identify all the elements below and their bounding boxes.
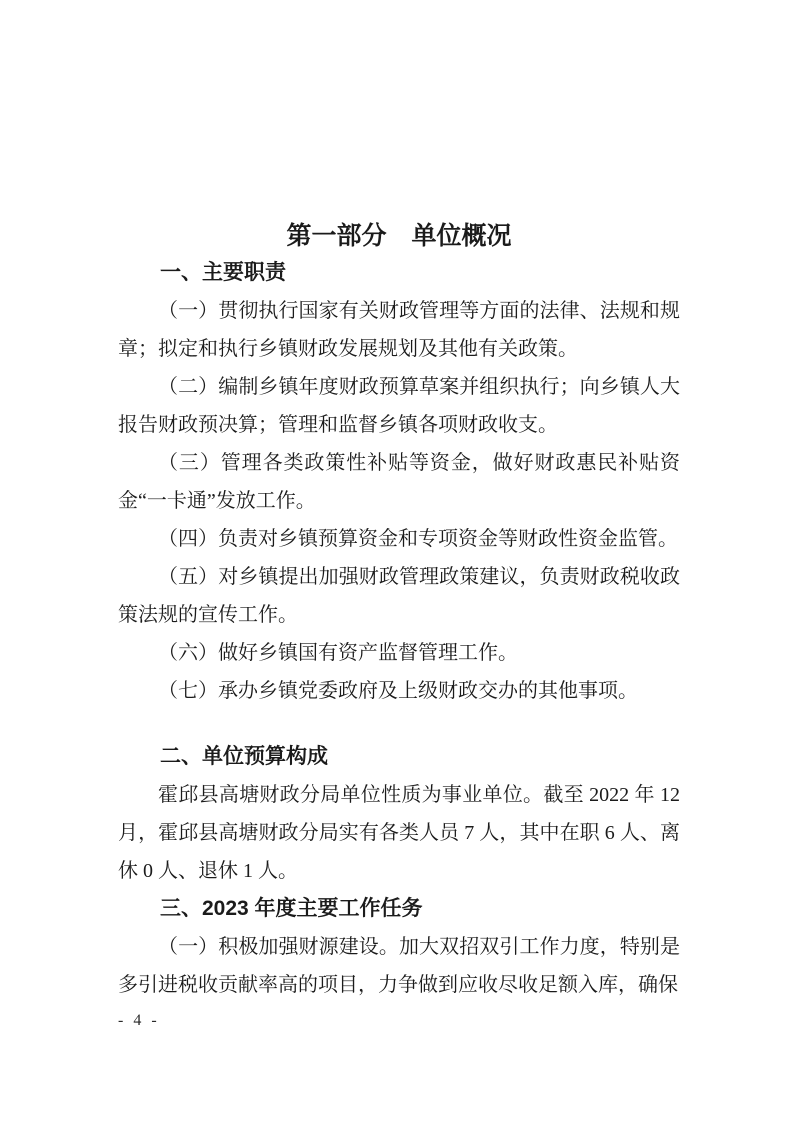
part-title: 第一部分 单位概况	[118, 218, 680, 254]
section-heading-main-duties: 一、主要职责	[118, 254, 680, 292]
paragraph-budget-composition: 霍邱县高塘财政分局单位性质为事业单位。截至 2022 年 12 月，霍邱县高塘财…	[118, 776, 680, 890]
page-number: - 4 -	[118, 1010, 160, 1032]
page-content: 第一部分 单位概况 一、主要职责 （一）贯彻执行国家有关财政管理等方面的法律、法…	[118, 218, 680, 1004]
paragraph-duty-7: （七）承办乡镇党委政府及上级财政交办的其他事项。	[118, 672, 680, 710]
blank-line-spacer	[118, 710, 680, 738]
section-heading-2023-tasks: 三、2023 年度主要工作任务	[118, 890, 680, 928]
paragraph-task-1: （一）积极加强财源建设。加大双招双引工作力度，特别是多引进税收贡献率高的项目，力…	[118, 928, 680, 1004]
document-page: 第一部分 单位概况 一、主要职责 （一）贯彻执行国家有关财政管理等方面的法律、法…	[0, 0, 793, 1122]
paragraph-duty-3: （三）管理各类政策性补贴等资金，做好财政惠民补贴资金“一卡通”发放工作。	[118, 444, 680, 520]
section-heading-budget-composition: 二、单位预算构成	[118, 738, 680, 776]
paragraph-duty-6: （六）做好乡镇国有资产监督管理工作。	[118, 634, 680, 672]
paragraph-duty-2: （二）编制乡镇年度财政预算草案并组织执行；向乡镇人大报告财政预决算；管理和监督乡…	[118, 368, 680, 444]
paragraph-duty-1: （一）贯彻执行国家有关财政管理等方面的法律、法规和规章；拟定和执行乡镇财政发展规…	[118, 292, 680, 368]
paragraph-duty-4: （四）负责对乡镇预算资金和专项资金等财政性资金监管。	[118, 520, 680, 558]
paragraph-duty-5: （五）对乡镇提出加强财政管理政策建议，负责财政税收政策法规的宣传工作。	[118, 558, 680, 634]
